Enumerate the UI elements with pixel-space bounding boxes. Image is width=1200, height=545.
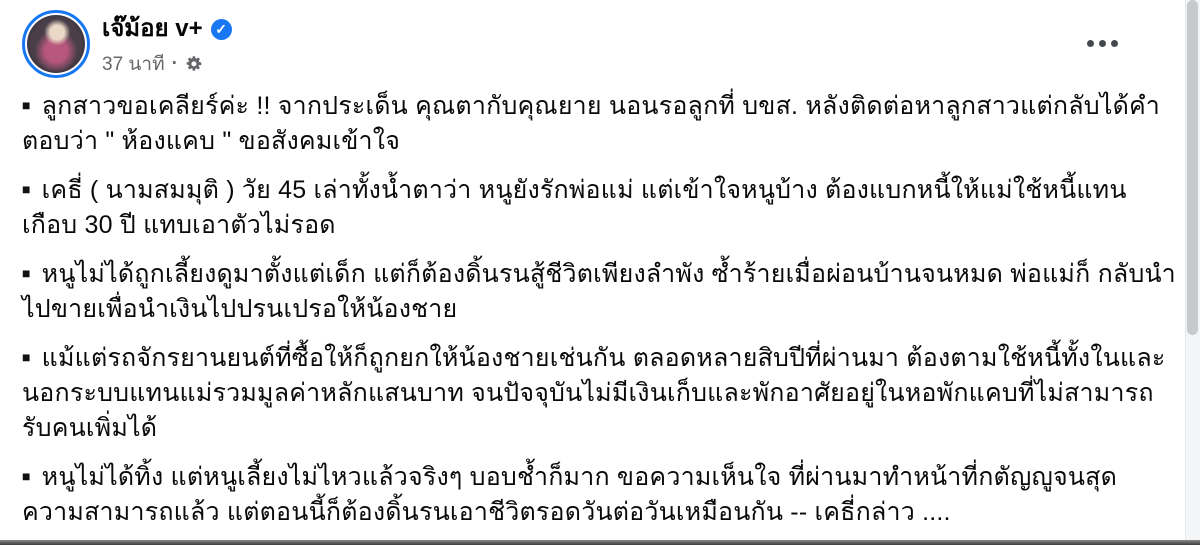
paragraph-text: หนูไม่ได้ถูกเลี้ยงดูมาตั้งแต่เด็ก แต่ก็ต… — [22, 260, 1176, 323]
page-name-link[interactable]: เจ๊ม้อย v+ — [102, 16, 203, 42]
meta-separator: · — [172, 53, 178, 75]
paragraph-text: เคธี่ ( นามสมมุติ ) วัย 45 เล่าทั้งน้ำตา… — [22, 176, 1127, 239]
dot-icon — [1099, 40, 1106, 47]
square-bullet-icon: ■ — [22, 96, 31, 116]
post-content: ■ลูกสาวขอเคลียร์ค่ะ !! จากประเด็น คุณตาก… — [22, 89, 1176, 530]
post-paragraph: ■แม้แต่รถจักรยานยนต์ที่ซื้อให้ก็ถูกยกให้… — [22, 341, 1176, 446]
square-bullet-icon: ■ — [22, 348, 31, 368]
more-options-button[interactable] — [1081, 34, 1124, 53]
dot-icon — [1111, 40, 1118, 47]
post-header: เจ๊ม้อย v+ ✓ 37 นาที · — [22, 10, 1176, 79]
profile-avatar[interactable] — [22, 10, 90, 78]
post-timestamp[interactable]: 37 นาที — [102, 49, 165, 79]
paragraph-text: ลูกสาวขอเคลียร์ค่ะ !! จากประเด็น คุณตากั… — [22, 92, 1160, 155]
gear-icon — [185, 55, 203, 73]
avatar-photo — [27, 15, 85, 73]
paragraph-text: หนูไม่ได้ทิ้ง แต่หนูเลี้ยงไม่ไหวแล้วจริง… — [22, 463, 1117, 526]
scrollbar-track[interactable] — [1185, 0, 1200, 545]
scrollbar-thumb[interactable] — [1187, 0, 1198, 335]
verified-badge-icon: ✓ — [211, 19, 232, 40]
post-paragraph: ■ลูกสาวขอเคลียร์ค่ะ !! จากประเด็น คุณตาก… — [22, 89, 1176, 159]
post-paragraph: ■เคธี่ ( นามสมมุติ ) วัย 45 เล่าทั้งน้ำต… — [22, 173, 1176, 243]
square-bullet-icon: ■ — [22, 467, 31, 487]
post-paragraph: ■หนูไม่ได้ถูกเลี้ยงดูมาตั้งแต่เด็ก แต่ก็… — [22, 257, 1176, 327]
post-paragraph: ■หนูไม่ได้ทิ้ง แต่หนูเลี้ยงไม่ไหวแล้วจริ… — [22, 460, 1176, 530]
capture-bottom-edge — [0, 540, 1200, 545]
square-bullet-icon: ■ — [22, 264, 31, 284]
dot-icon — [1087, 40, 1094, 47]
square-bullet-icon: ■ — [22, 180, 31, 200]
paragraph-text: แม้แต่รถจักรยานยนต์ที่ซื้อให้ก็ถูกยกให้น… — [22, 344, 1166, 442]
facebook-post: เจ๊ม้อย v+ ✓ 37 นาที · ■ลูกสาวขอเคลียร์ค… — [0, 0, 1200, 530]
header-text: เจ๊ม้อย v+ ✓ 37 นาที · — [102, 10, 232, 79]
